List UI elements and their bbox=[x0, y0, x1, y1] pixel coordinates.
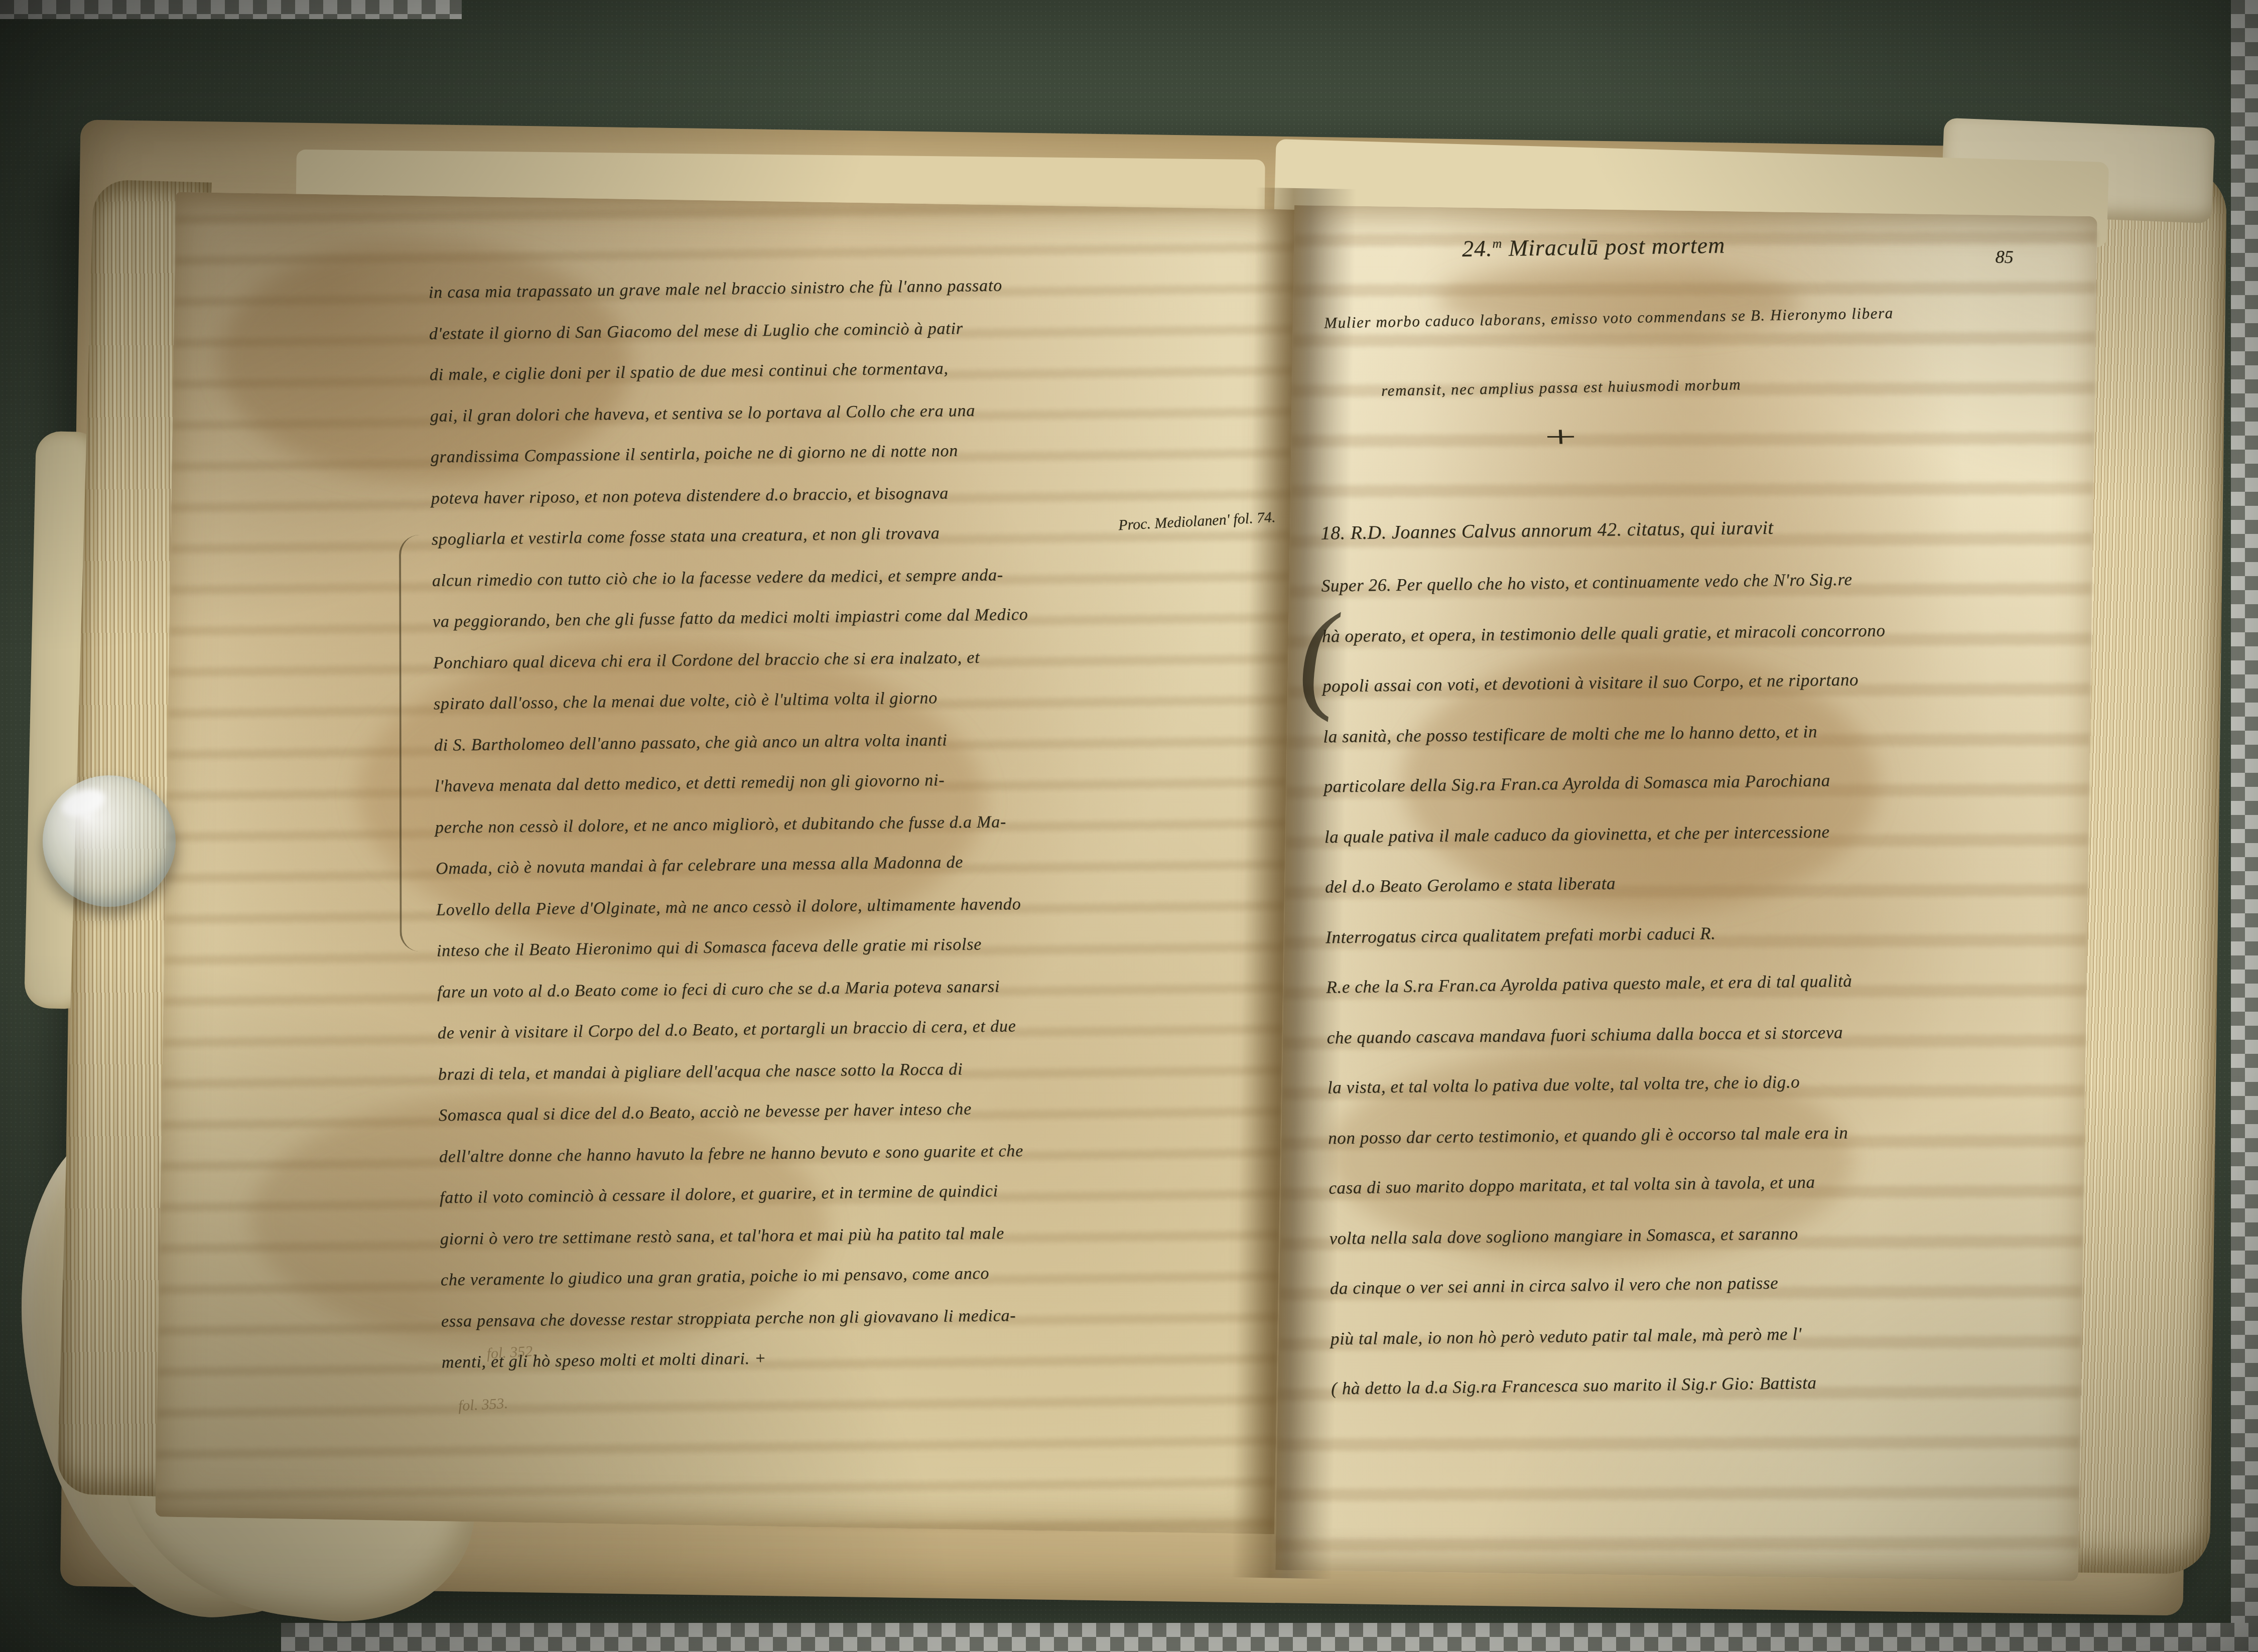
manuscript-line: che quando cascava mandava fuori schiuma… bbox=[1326, 1005, 2090, 1063]
manuscript-line: alcun rimedio con tutto ciò che io la fa… bbox=[432, 553, 1216, 602]
left-page: in casa mia trapassato un grave male nel… bbox=[155, 192, 1295, 1535]
entry-heading: 18. R.D. Joannes Calvus annorum 42. cita… bbox=[1320, 496, 2084, 561]
manuscript-line: la quale pativa il male caduco da giovin… bbox=[1324, 804, 2087, 862]
manuscript-line: gai, il gran dolori che haveva, et senti… bbox=[430, 388, 1214, 437]
calibration-scale-top bbox=[0, 0, 462, 19]
summary-line: Mulier morbo caduco laborans, emisso vot… bbox=[1324, 304, 1894, 332]
manuscript-line: poteva haver riposo, et non poteva diste… bbox=[431, 470, 1215, 519]
manuscript-line: Ponchiaro qual diceva chi era il Cordone… bbox=[433, 635, 1217, 684]
manuscript-line: giorni ò vero tre settimane restò sana, … bbox=[440, 1211, 1224, 1260]
manuscript-line: Super 26. Per quello che ho visto, et co… bbox=[1321, 552, 2084, 611]
manuscript-line: brazi di tela, et mandai à pigliare dell… bbox=[438, 1046, 1222, 1095]
folio-number: 85 bbox=[1995, 246, 2014, 267]
bleedthrough-folio-note: fol. 352. bbox=[486, 1343, 537, 1362]
manuscript-line: particolare della Sig.ra Fran.ca Ayrolda… bbox=[1323, 752, 2087, 812]
manuscript-line: dell'altre donne che hanno havuto la feb… bbox=[439, 1129, 1223, 1178]
chapter-heading: 24.m Miraculū post mortem bbox=[1462, 232, 1725, 262]
manuscript-line: la sanità, che posso testificare de molt… bbox=[1323, 704, 2086, 762]
manuscript-line: da cinque o ver sei anni in circa salvo … bbox=[1330, 1254, 2093, 1314]
calibration-scale-right bbox=[2231, 0, 2258, 1652]
manuscript-line: del d.o Beato Gerolamo e stata liberata bbox=[1324, 853, 2088, 912]
manuscript-line: d'estate il giorno di San Giacomo del me… bbox=[429, 306, 1213, 355]
manuscript-line: volta nella sala dove sogliono mangiare … bbox=[1329, 1205, 2092, 1264]
chapter-title: Miraculū post mortem bbox=[1508, 232, 1725, 261]
manuscript-line: R.e che la S.ra Fran.ca Ayrolda pativa q… bbox=[1326, 953, 2089, 1013]
manuscript-line: perche non cessò il dolore, et ne anco m… bbox=[435, 799, 1219, 849]
summary-line: remansit, nec amplius passa est huiusmod… bbox=[1381, 375, 1742, 400]
manuscript-line: Interrogatus circa qualitatem prefati mo… bbox=[1325, 904, 2089, 962]
manuscript-line: non posso dar certo testimonio, et quand… bbox=[1328, 1105, 2091, 1163]
calibration-scale-bottom bbox=[281, 1623, 2258, 1652]
left-page-text: in casa mia trapassato un grave male nel… bbox=[428, 263, 1225, 1384]
manuscript-line: hà operato, et opera, in testimonio dell… bbox=[1321, 603, 2085, 661]
bleedthrough-folio-note: fol. 353. bbox=[458, 1395, 508, 1415]
manuscript-line: in casa mia trapassato un grave male nel… bbox=[428, 263, 1212, 314]
manuscript-line: popoli assai con voti, et devotioni à vi… bbox=[1322, 652, 2085, 712]
photo-frame: in casa mia trapassato un grave male nel… bbox=[0, 0, 2258, 1652]
manuscript-line: casa di suo marito doppo maritata, et ta… bbox=[1329, 1154, 2092, 1213]
margin-brace-stroke bbox=[399, 535, 424, 951]
cross-mark: + bbox=[1544, 420, 1578, 454]
manuscript-line: fare un voto al d.o Beato come io feci d… bbox=[437, 964, 1221, 1013]
manuscript-line: ( hà detto la d.a Sig.ra Francesca suo m… bbox=[1331, 1354, 2094, 1414]
manuscript-line: essa pensava che dovesse restar stroppia… bbox=[441, 1293, 1225, 1342]
chapter-number: 24. bbox=[1462, 235, 1493, 261]
manuscript-line: la vista, et tal volta lo pativa due vol… bbox=[1327, 1053, 2090, 1113]
chapter-number-superscript: m bbox=[1492, 236, 1502, 251]
glass-weight bbox=[43, 775, 176, 907]
manuscript-line: di S. Bartholomeo dell'anno passato, che… bbox=[434, 717, 1218, 766]
manuscript-line: più tal male, io non hò però veduto pati… bbox=[1330, 1306, 2093, 1364]
manuscript-line: Lovello della Pieve d'Olginate, mà ne an… bbox=[436, 882, 1220, 931]
right-page: 24.m Miraculū post mortem 85 Mulier morb… bbox=[1275, 205, 2097, 1581]
right-page-text: 18. R.D. Joannes Calvus annorum 42. cita… bbox=[1320, 496, 2094, 1414]
